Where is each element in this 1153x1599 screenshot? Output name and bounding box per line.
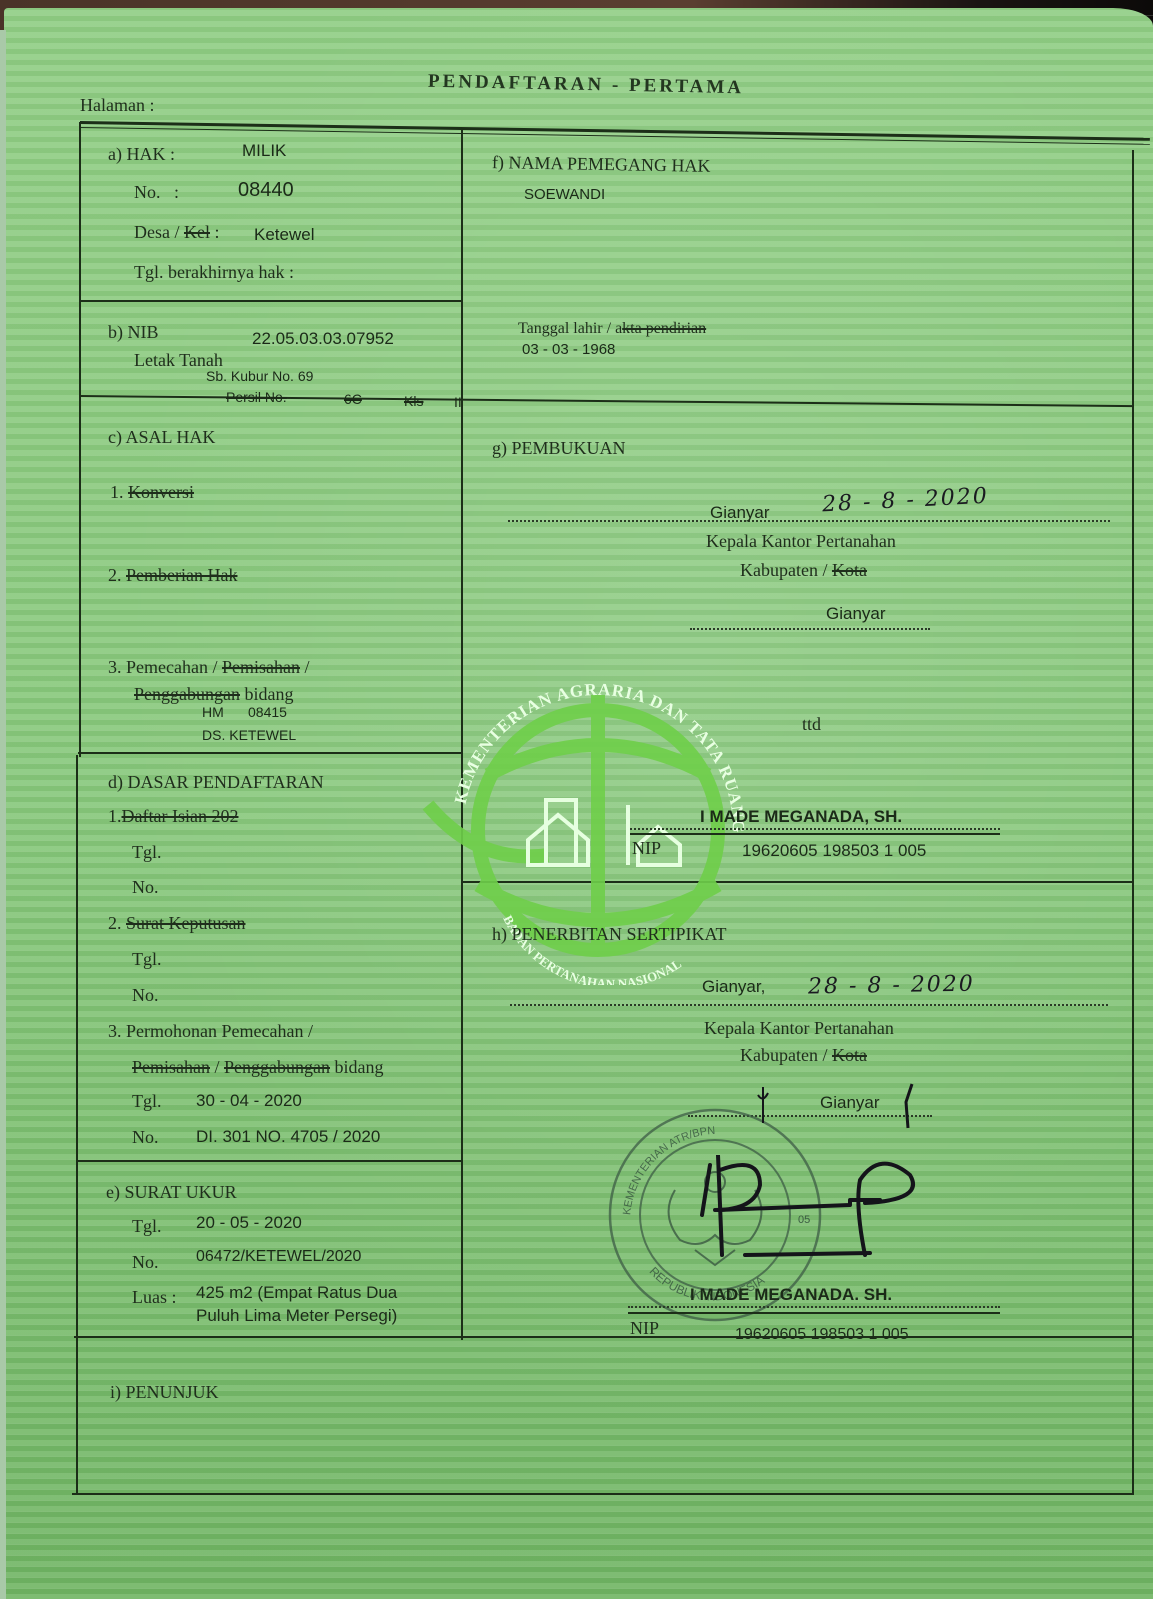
penggabungan-struck: Penggabungan xyxy=(224,1057,330,1077)
desa-label: Desa / Kel : xyxy=(134,222,220,243)
su-no-value: 06472/KETEWEL/2020 xyxy=(196,1248,361,1266)
name-underline xyxy=(628,1312,1000,1314)
kabupaten-text: Kabupaten / xyxy=(740,560,832,580)
kota-struck: Kota xyxy=(832,1045,867,1065)
dasar-no-label: No. xyxy=(132,1127,159,1148)
nib-value: 22.05.03.03.07952 xyxy=(252,329,394,349)
separator: / xyxy=(210,1057,224,1077)
item-number: 3. xyxy=(108,1021,122,1041)
divider-g-h xyxy=(462,881,1134,883)
location-value: Sb. Kubur No. 69 xyxy=(206,368,313,384)
city-line xyxy=(688,1115,932,1117)
permohonan-text: Permohonan Pemecahan / xyxy=(126,1021,313,1041)
kls-value: II xyxy=(454,394,462,410)
nib-label: b) NIB xyxy=(108,322,159,343)
hak-value: MILIK xyxy=(242,141,286,161)
daftar-isian-struck: Daftar Isian 202 xyxy=(122,806,239,826)
name-dotted-line xyxy=(628,1306,1000,1308)
penerbitan-date-handwritten: 28 - 8 - 2020 xyxy=(808,972,975,1000)
konversi-struck: Konversi xyxy=(128,482,194,502)
asal-item-2: 2. Pemberian Hak xyxy=(108,565,237,586)
penggabungan-struck: Penggabungan xyxy=(134,684,240,704)
dasar-tgl-label: Tgl. xyxy=(132,1091,162,1112)
dob-text: Tanggal lahir / a xyxy=(518,320,622,337)
nip-label: NIP xyxy=(630,1318,659,1339)
nip-value: 19620605 198503 1 005 xyxy=(742,841,926,861)
dasar-tgl-value: 30 - 04 - 2020 xyxy=(196,1091,302,1111)
divider-a-b xyxy=(80,300,462,302)
item-number: 1. xyxy=(110,482,124,502)
luas-label: Luas : xyxy=(132,1287,177,1308)
frame-right-line xyxy=(1132,150,1134,1495)
kel-struck-text: Kel xyxy=(184,222,210,242)
desa-text: Desa / xyxy=(134,222,184,242)
item-number: 2. xyxy=(108,913,122,933)
surat-ukur-heading: e) SURAT UKUR xyxy=(106,1182,237,1203)
luas-value-line2: Puluh Lima Meter Persegi) xyxy=(196,1306,397,1326)
penerbitan-place: Gianyar, xyxy=(702,977,765,997)
bidang-text: bidang xyxy=(330,1057,384,1077)
frame-left-line xyxy=(79,122,81,757)
column-divider xyxy=(461,128,463,1340)
dasar-item-3-line2: Pemisahan / Penggabungan bidang xyxy=(132,1057,384,1078)
initial-mark-icon xyxy=(902,1082,916,1132)
bidang-text: bidang xyxy=(240,684,294,704)
ds-value: DS. KETEWEL xyxy=(202,727,296,743)
su-tgl-label: Tgl. xyxy=(132,1216,162,1237)
asal-item-3: 3. Pemecahan / Pemisahan / xyxy=(108,657,309,678)
kabupaten-text: Kabupaten / xyxy=(740,1045,832,1065)
nip-value: 19620605 198503 1 005 xyxy=(735,1326,909,1344)
hm-label: HM xyxy=(202,704,224,720)
dasar-heading: d) DASAR PENDAFTARAN xyxy=(108,772,324,793)
persil-label: Persil No. xyxy=(226,389,287,405)
name-underline xyxy=(630,833,1000,835)
official-name: I MADE MEGANADA, SH. xyxy=(700,807,902,827)
persil-value: 6C xyxy=(344,391,362,407)
ttd-mark: ttd xyxy=(802,714,821,735)
office-kabupaten: Kabupaten / Kota xyxy=(740,1045,867,1066)
asal-item-1: 1. Konversi xyxy=(110,482,194,503)
asal-hak-heading: c) ASAL HAK xyxy=(108,427,215,448)
desa-value: Ketewel xyxy=(254,225,314,245)
name-dotted-line xyxy=(630,828,1000,830)
pemegang-heading: f) NAMA PEMEGANG HAK xyxy=(492,152,711,177)
kota-struck: Kota xyxy=(832,560,867,580)
luas-value-line1: 425 m2 (Empat Ratus Dua xyxy=(196,1283,397,1303)
official-name: I MADE MEGANADA. SH. xyxy=(690,1285,892,1305)
separator: / xyxy=(300,657,310,677)
dasar-no-value: DI. 301 NO. 4705 / 2020 xyxy=(196,1127,380,1147)
desa-colon: : xyxy=(210,222,220,242)
office-title: Kepala Kantor Pertanahan xyxy=(704,1018,894,1039)
date-line xyxy=(508,520,1110,522)
frame-bottom-line xyxy=(72,1493,1134,1495)
office-title: Kepala Kantor Pertanahan xyxy=(706,531,896,552)
surat-keputusan-struck: Surat Keputusan xyxy=(126,913,245,933)
office-kabupaten: Kabupaten / Kota xyxy=(740,560,867,581)
su-no-label: No. xyxy=(132,1252,159,1273)
page-number-label: Halaman : xyxy=(80,95,154,116)
dob-label: Tanggal lahir / akta pendirian xyxy=(518,320,706,338)
dasar-item-2-no: No. xyxy=(132,985,159,1006)
item-number: 2. xyxy=(108,565,122,585)
penunjuk-heading: i) PENUNJUK xyxy=(110,1382,219,1403)
divider-c-d xyxy=(78,752,462,754)
dasar-item-2-tgl: Tgl. xyxy=(132,949,162,970)
office-city: Gianyar xyxy=(820,1093,880,1113)
hak-label: a) HAK : xyxy=(108,144,175,165)
dasar-item-2: 2. Surat Keputusan xyxy=(108,913,245,934)
item-number: 3. xyxy=(108,657,122,677)
penerbitan-heading: h) PENERBITAN SERTIPIKAT xyxy=(492,924,726,945)
pemberian-hak-struck: Pemberian Hak xyxy=(126,565,237,585)
pemisahan-struck: Pemisahan xyxy=(132,1057,210,1077)
pembukuan-heading: g) PEMBUKUAN xyxy=(492,438,626,459)
no-label: No. : xyxy=(134,182,179,203)
hm-value: 08415 xyxy=(248,704,287,720)
date-line xyxy=(510,1004,1108,1006)
dasar-item-3: 3. Permohonan Pemecahan / xyxy=(108,1021,313,1042)
item-number: 1. xyxy=(108,806,122,826)
pemisahan-struck: Pemisahan xyxy=(222,657,300,677)
kls-label: Kls xyxy=(404,393,423,409)
pembukuan-place: Gianyar xyxy=(710,503,770,523)
city-line xyxy=(690,628,930,630)
holder-name: SOEWANDI xyxy=(524,186,605,203)
su-tgl-value: 20 - 05 - 2020 xyxy=(196,1213,302,1233)
initial-mark-icon xyxy=(756,1085,770,1125)
akta-struck: kta pendirian xyxy=(622,320,706,337)
asal-item-3-line2: Penggabungan bidang xyxy=(134,684,293,705)
page-edge xyxy=(0,30,6,1599)
pemecahan-text: Pemecahan / xyxy=(126,657,222,677)
certificate-page xyxy=(4,8,1153,1599)
dasar-item-1-no: No. xyxy=(132,877,159,898)
dob-value: 03 - 03 - 1968 xyxy=(522,341,615,358)
office-city: Gianyar xyxy=(826,604,886,624)
expiry-label: Tgl. berakhirnya hak : xyxy=(134,262,294,283)
divider-d-e xyxy=(76,1160,462,1162)
nip-label: NIP xyxy=(632,838,661,859)
divider-e-i xyxy=(74,1336,1134,1338)
hak-number: 08440 xyxy=(238,179,294,202)
dasar-item-1: 1.Daftar Isian 202 xyxy=(108,806,238,827)
frame-left-line-lower xyxy=(76,755,78,1495)
dasar-item-1-tgl: Tgl. xyxy=(132,842,162,863)
